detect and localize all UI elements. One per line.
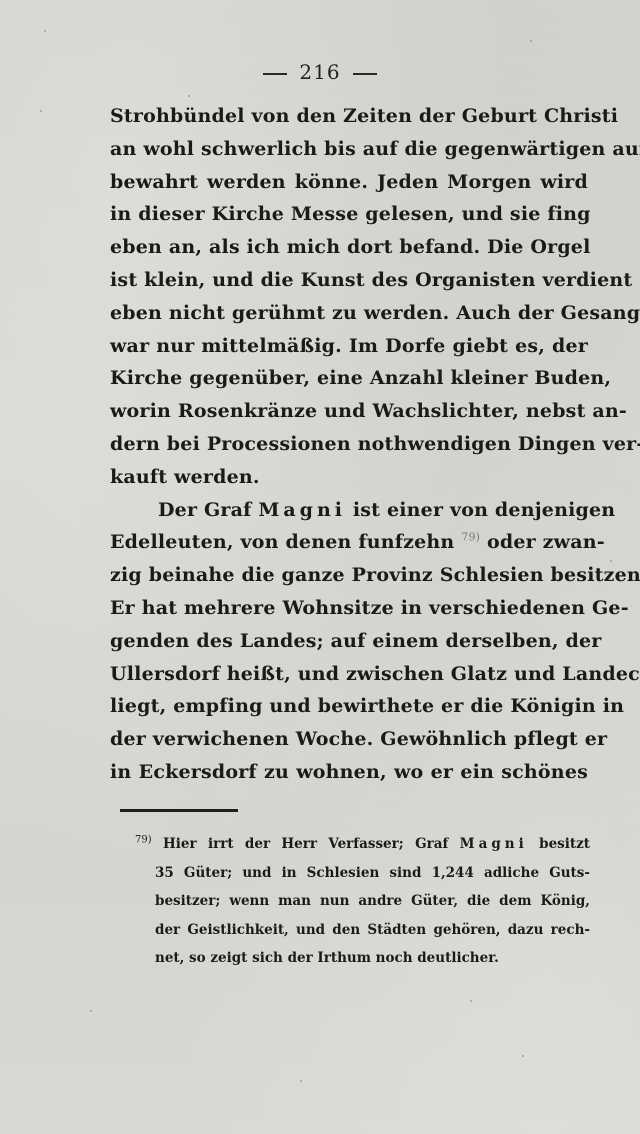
paper-speck: [44, 30, 46, 32]
text-line: kauft werden.: [110, 461, 588, 494]
text-line: eben an, als ich mich dort befand. Die O…: [110, 231, 588, 264]
text-line: Ullersdorf heißt, und zwischen Glatz und…: [110, 658, 588, 691]
paper-speck: [90, 1010, 92, 1012]
paper-speck: [470, 1000, 472, 1002]
text-line: genden des Landes; auf einem derselben, …: [110, 625, 588, 658]
text-segment: Edelleuten, von denen funfzehn: [110, 531, 454, 553]
footnote-block: 79) Hier irrt der Herr Verfasser; Graf M…: [135, 830, 590, 973]
text-line: bewahrt werden könne. Jeden Morgen wird: [110, 166, 588, 199]
text-line: zig beinahe die ganze Provinz Schlesien …: [110, 559, 588, 592]
spaced-name: Magni: [460, 836, 528, 852]
book-page: 216 Strohbündel von den Zeiten der Gebur…: [0, 0, 640, 1134]
text-line: in dieser Kirche Messe gelesen, und sie …: [110, 198, 588, 231]
paragraph-start-line: Der Graf Magni ist einer von denjenigen: [110, 494, 588, 527]
text-line: worin Rosenkränze und Wachslichter, nebs…: [110, 395, 588, 428]
text-line: liegt, empfing und bewirthete er die Kön…: [110, 690, 588, 723]
text-segment: Der Graf: [158, 499, 252, 521]
text-segment: ist einer von denjenigen: [353, 499, 615, 521]
text-line: an wohl schwerlich bis auf die gegenwärt…: [110, 133, 588, 166]
paper-speck: [300, 1080, 302, 1082]
page-number-value: 216: [299, 60, 340, 84]
paper-speck: [610, 560, 612, 562]
paper-speck: [40, 110, 42, 112]
footnote-line: besitzer; wenn man nun andre Güter, die …: [135, 887, 590, 916]
paper-speck: [188, 95, 190, 97]
text-line: Strohbündel von den Zeiten der Geburt Ch…: [110, 100, 588, 133]
footnote-first-line: 79) Hier irrt der Herr Verfasser; Graf M…: [135, 830, 590, 859]
footnote-marker: 79): [135, 835, 152, 846]
text-segment: oder zwan-: [487, 531, 605, 553]
footnote-reference: 79): [461, 531, 480, 544]
footnote-line: 35 Güter; und in Schlesien sind 1,244 ad…: [135, 859, 590, 888]
spaced-name: Magni: [258, 499, 346, 521]
footnote-separator-rule: [120, 809, 238, 812]
text-line: in Eckersdorf zu wohnen, wo er ein schön…: [110, 756, 588, 789]
text-line: Edelleuten, von denen funfzehn 79) oder …: [110, 526, 588, 559]
text-segment: besitzt: [539, 836, 590, 852]
footnote-line: der Geistlichkeit, und den Städten gehör…: [135, 916, 590, 945]
text-line: der verwichenen Woche. Gewöhnlich pflegt…: [110, 723, 588, 756]
text-line: Kirche gegenüber, eine Anzahl kleiner Bu…: [110, 362, 588, 395]
text-line: ist klein, und die Kunst des Organisten …: [110, 264, 588, 297]
paper-speck: [522, 1055, 524, 1057]
text-line: eben nicht gerühmt zu werden. Auch der G…: [110, 297, 588, 330]
text-segment: Hier irrt der Herr Verfasser; Graf: [163, 836, 448, 852]
text-line: war nur mittelmäßig. Im Dorfe giebt es, …: [110, 330, 588, 363]
text-line: dern bei Processionen nothwendigen Dinge…: [110, 428, 588, 461]
text-line: Er hat mehrere Wohnsitze in verschiedene…: [110, 592, 588, 625]
paper-speck: [530, 40, 532, 42]
main-text: Strohbündel von den Zeiten der Geburt Ch…: [110, 100, 588, 789]
footnote-line: net, so zeigt sich der Irthum noch deutl…: [135, 944, 590, 973]
page-number: 216: [0, 60, 640, 84]
dash-right: [353, 73, 377, 75]
dash-left: [263, 73, 287, 75]
